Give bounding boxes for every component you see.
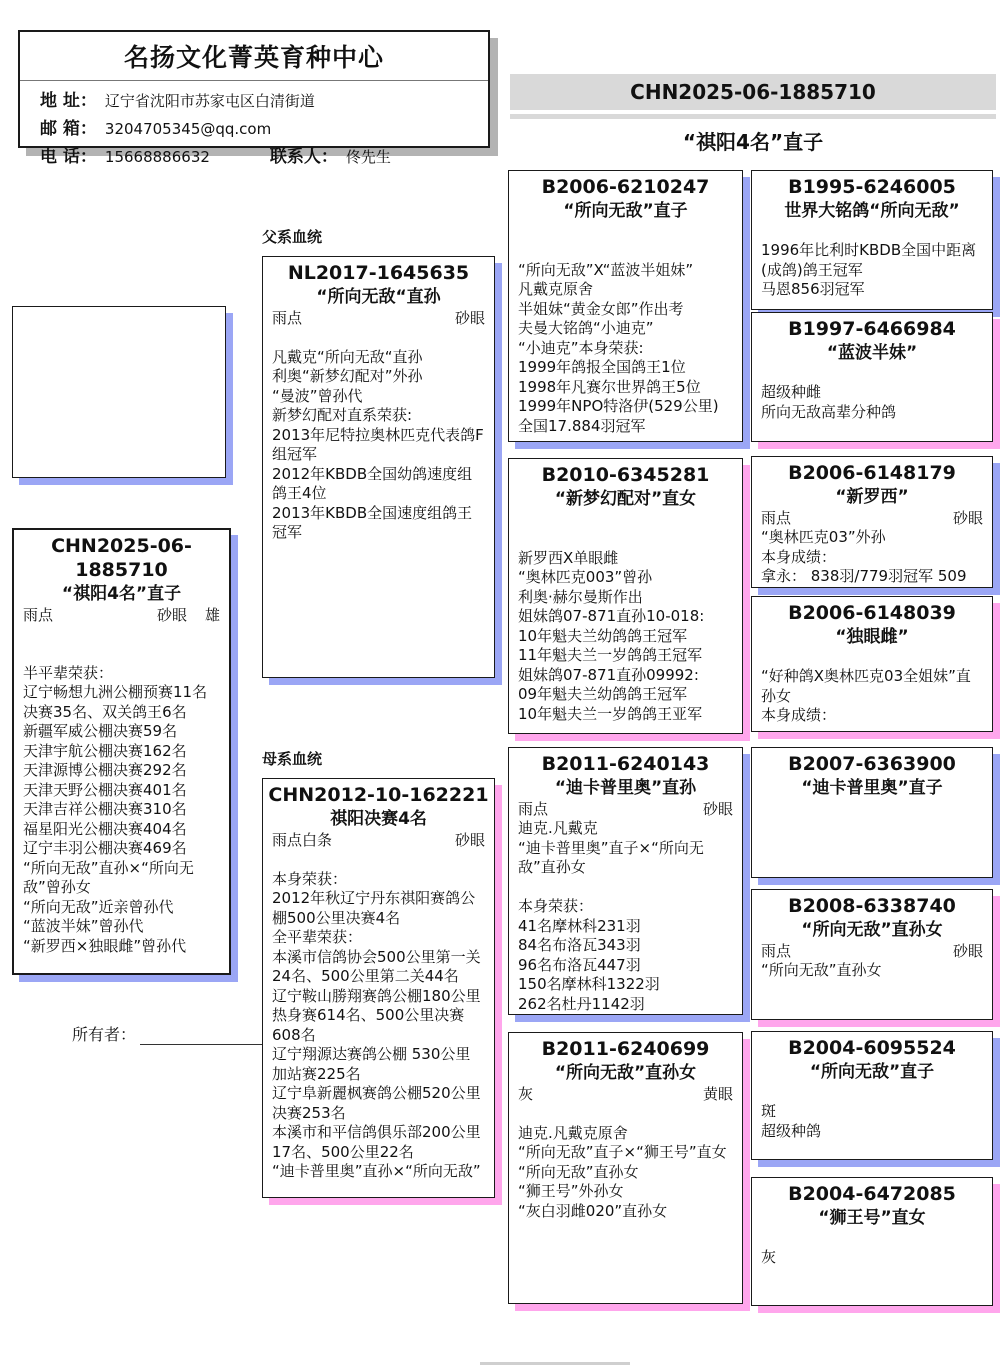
ggp-6-name: “所向无敌”直孙女 bbox=[752, 919, 992, 941]
grandparent-box-3: B2011-6240143 “迪卡普里奥”直孙 雨点 砂眼 迪克.凡戴克 “迪卡… bbox=[508, 747, 743, 1015]
grandparent-4-trait-row: 灰 黄眼 bbox=[509, 1084, 742, 1104]
ggp-8-details: 灰 bbox=[752, 1229, 992, 1268]
ggp-7-details: 斑 超级种鸽 bbox=[752, 1083, 992, 1142]
subject-name: “祺阳4名”直子 bbox=[14, 583, 229, 605]
ggp-6-plumage: 雨点 bbox=[761, 941, 791, 961]
grandparent-1-ring: B2006-6210247 bbox=[509, 176, 742, 200]
grandparent-3-plumage: 雨点 bbox=[518, 799, 548, 819]
subject-sex: 雄 bbox=[205, 605, 220, 625]
address-value: 辽宁省沈阳市苏家屯区白清街道 bbox=[105, 90, 315, 111]
ggp-6-ring: B2008-6338740 bbox=[752, 895, 992, 919]
ggp-1-name: 世界大铭鸽“所向无敌” bbox=[752, 200, 992, 222]
grandparent-4-ring: B2011-6240699 bbox=[509, 1038, 742, 1062]
header-divider bbox=[20, 80, 488, 81]
mother-ring: CHN2012-10-162221 bbox=[263, 784, 494, 808]
mother-eye: 砂眼 bbox=[455, 830, 485, 850]
grandparent-3-details: 迪克.凡戴克 “迪卡普里奥”直子×“所向无敌”直孙女 本身荣获： 41名摩林科2… bbox=[509, 819, 742, 1014]
grandparent-3-name: “迪卡普里奥”直孙 bbox=[509, 777, 742, 799]
great-grandparent-box-6: B2008-6338740 “所向无敌”直孙女 雨点 砂眼 “所向无敌”直孙女 bbox=[751, 889, 993, 1020]
banner-subtitle: “祺阳4名”直子 bbox=[510, 126, 996, 155]
grandparent-2-details: 新罗西X单眼雌 “奥林匹克003”曾孙 利奥·赫尔曼斯作出 姐妹鸽07-871直… bbox=[509, 510, 742, 725]
contact-label: 联系人： bbox=[270, 142, 338, 167]
grandparent-box-4: B2011-6240699 “所向无敌”直孙女 灰 黄眼 迪克.凡戴克原舍 “所… bbox=[508, 1032, 743, 1304]
subject-eye: 砂眼 bbox=[157, 605, 187, 625]
grandparent-3-trait-row: 雨点 砂眼 bbox=[509, 799, 742, 819]
pedigree-page: 名扬文化菁英育种中心 地 址： 辽宁省沈阳市苏家屯区白清街道 邮 箱： 3204… bbox=[0, 0, 1006, 1366]
great-grandparent-box-1: B1995-6246005 世界大铭鸽“所向无敌” 1996年比利时KBDB全国… bbox=[751, 170, 993, 310]
ggp-7-ring: B2004-6095524 bbox=[752, 1037, 992, 1061]
ggp-2-ring: B1997-6466984 bbox=[752, 318, 992, 342]
ring-number-banner: CHN2025-06-1885710 bbox=[510, 74, 996, 110]
grandparent-box-1: B2006-6210247 “所向无敌”直子 “所向无敌”X“蓝波半姐妹” 凡戴… bbox=[508, 170, 743, 442]
great-grandparent-box-7: B2004-6095524 “所向无敌”直子 斑 超级种鸽 bbox=[751, 1031, 993, 1160]
ggp-6-eye: 砂眼 bbox=[953, 941, 983, 961]
contact-value: 佟先生 bbox=[346, 146, 391, 167]
breeder-header-box: 名扬文化菁英育种中心 地 址： 辽宁省沈阳市苏家屯区白清街道 邮 箱： 3204… bbox=[18, 30, 490, 148]
email-value: 3204705345@qq.com bbox=[105, 120, 271, 138]
ggp-3-eye: 砂眼 bbox=[953, 508, 983, 528]
mother-plumage: 雨点白条 bbox=[272, 830, 332, 850]
owner-label: 所有者： bbox=[72, 1022, 136, 1045]
father-trait-row: 雨点 砂眼 bbox=[263, 308, 494, 328]
phone-label: 电 话： bbox=[40, 142, 97, 167]
ggp-1-ring: B1995-6246005 bbox=[752, 176, 992, 200]
subject-ring: CHN2025-06-1885710 bbox=[14, 535, 229, 583]
father-achievements: 凡戴克“所向无敌“直孙 利奥“新梦幻配对”外孙 “曼波”曾孙代 新梦幻配对直系荣… bbox=[263, 328, 494, 543]
subject-achievements: 半平辈荣获： 辽宁畅想九洲公棚预赛11名 决赛35名、双关鸽王6名 新疆军威公棚… bbox=[14, 625, 229, 957]
ggp-5-ring: B2007-6363900 bbox=[752, 753, 992, 777]
father-name: “所向无敌“直孙 bbox=[263, 286, 494, 308]
ggp-4-details: “好种鸽X奥林匹克03全姐妹”直孙女 本身成绩： bbox=[752, 648, 992, 726]
address-row: 地 址： 辽宁省沈阳市苏家屯区白清街道 bbox=[40, 86, 468, 111]
grandparent-2-name: “新梦幻配对”直女 bbox=[509, 488, 742, 510]
ggp-6-trait-row: 雨点 砂眼 bbox=[752, 941, 992, 961]
great-grandparent-box-8: B2004-6472085 “狮王号”直女 灰 bbox=[751, 1177, 993, 1306]
ggp-8-name: “狮王号”直女 bbox=[752, 1207, 992, 1229]
ggp-3-name: “新罗西” bbox=[752, 486, 992, 508]
mother-achievements: 本身荣获： 2012年秋辽宁丹东祺阳赛鸽公棚500公里决赛4名 全平辈荣获： 本… bbox=[263, 850, 494, 1182]
grandparent-box-2: B2010-6345281 “新梦幻配对”直女 新罗西X单眼雌 “奥林匹克003… bbox=[508, 458, 743, 734]
ggp-2-name: “蓝波半妹” bbox=[752, 342, 992, 364]
ggp-2-details: 超级种雌 所向无敌高辈分种鸽 bbox=[752, 364, 992, 423]
father-eye: 砂眼 bbox=[455, 308, 485, 328]
breeder-contact-info: 地 址： 辽宁省沈阳市苏家屯区白清街道 邮 箱： 3204705345@qq.c… bbox=[20, 86, 488, 167]
sire-line-label: 父系血统 bbox=[262, 226, 322, 247]
grandparent-3-ring: B2011-6240143 bbox=[509, 753, 742, 777]
grandparent-4-eye: 黄眼 bbox=[703, 1084, 733, 1104]
great-grandparent-box-4: B2006-6148039 “独眼雌” “好种鸽X奥林匹克03全姐妹”直孙女 本… bbox=[751, 596, 993, 732]
address-label: 地 址： bbox=[40, 86, 97, 111]
ggp-6-details: “所向无敌”直孙女 bbox=[752, 961, 992, 981]
subject-plumage: 雨点 bbox=[23, 605, 53, 625]
grandparent-3-eye: 砂眼 bbox=[703, 799, 733, 819]
ggp-4-ring: B2006-6148039 bbox=[752, 602, 992, 626]
grandparent-2-ring: B2010-6345281 bbox=[509, 464, 742, 488]
ggp-3-trait-row: 雨点 砂眼 bbox=[752, 508, 992, 528]
grandparent-4-plumage: 灰 bbox=[518, 1084, 533, 1104]
great-grandparent-box-5: B2007-6363900 “迪卡普里奥”直子 bbox=[751, 747, 993, 878]
phone-value: 15668886632 bbox=[105, 148, 210, 166]
email-label: 邮 箱： bbox=[40, 114, 97, 139]
grandparent-1-name: “所向无敌”直子 bbox=[509, 200, 742, 222]
subject-pigeon-box: CHN2025-06-1885710 “祺阳4名”直子 雨点 砂眼 雄 半平辈荣… bbox=[12, 528, 231, 975]
email-row: 邮 箱： 3204705345@qq.com bbox=[40, 114, 468, 139]
father-pigeon-box: NL2017-1645635 “所向无敌“直孙 雨点 砂眼 凡戴克“所向无敌“直… bbox=[262, 256, 495, 678]
mother-trait-row: 雨点白条 砂眼 bbox=[263, 830, 494, 850]
dam-line-label: 母系血统 bbox=[262, 748, 322, 769]
ggp-3-plumage: 雨点 bbox=[761, 508, 791, 528]
footer-divider bbox=[480, 1362, 630, 1365]
grandparent-1-details: “所向无敌”X“蓝波半姐妹” 凡戴克原舍 半姐妹“黄金女郎”作出考 夫曼大铭鸽“… bbox=[509, 222, 742, 437]
grandparent-4-details: 迪克.凡戴克原舍 “所向无敌”直子×“狮王号”直女 “所向无敌”直孙女 “狮王号… bbox=[509, 1104, 742, 1221]
contact-group: 联系人： 佟先生 bbox=[270, 142, 391, 167]
ggp-8-ring: B2004-6472085 bbox=[752, 1183, 992, 1207]
banner-strip bbox=[510, 114, 996, 119]
phone-row: 电 话： 15668886632 联系人： 佟先生 bbox=[40, 142, 468, 167]
photo-placeholder-box bbox=[12, 306, 226, 478]
owner-row: 所有者： bbox=[72, 1022, 292, 1045]
father-plumage: 雨点 bbox=[272, 308, 302, 328]
great-grandparent-box-3: B2006-6148179 “新罗西” 雨点 砂眼 “奥林匹克03”外孙 本身成… bbox=[751, 456, 993, 588]
grandparent-4-name: “所向无敌”直孙女 bbox=[509, 1062, 742, 1084]
subject-trait-row: 雨点 砂眼 雄 bbox=[14, 605, 229, 625]
ggp-4-name: “独眼雌” bbox=[752, 626, 992, 648]
mother-name: 祺阳决赛4名 bbox=[263, 808, 494, 830]
mother-pigeon-box: CHN2012-10-162221 祺阳决赛4名 雨点白条 砂眼 本身荣获： 2… bbox=[262, 778, 495, 1198]
ggp-1-details: 1996年比利时KBDB全国中距离(成鸽)鸽王冠军 马恩856羽冠军 bbox=[752, 222, 992, 300]
ggp-3-ring: B2006-6148179 bbox=[752, 462, 992, 486]
great-grandparent-box-2: B1997-6466984 “蓝波半妹” 超级种雌 所向无敌高辈分种鸽 bbox=[751, 312, 993, 442]
breeder-title: 名扬文化菁英育种中心 bbox=[20, 32, 488, 74]
father-ring: NL2017-1645635 bbox=[263, 262, 494, 286]
ggp-7-name: “所向无敌”直子 bbox=[752, 1061, 992, 1083]
ggp-5-name: “迪卡普里奥”直子 bbox=[752, 777, 992, 799]
ggp-3-details: “奥林匹克03”外孙 本身成绩： 拿永： 838羽/779羽冠军 509 bbox=[752, 528, 992, 587]
